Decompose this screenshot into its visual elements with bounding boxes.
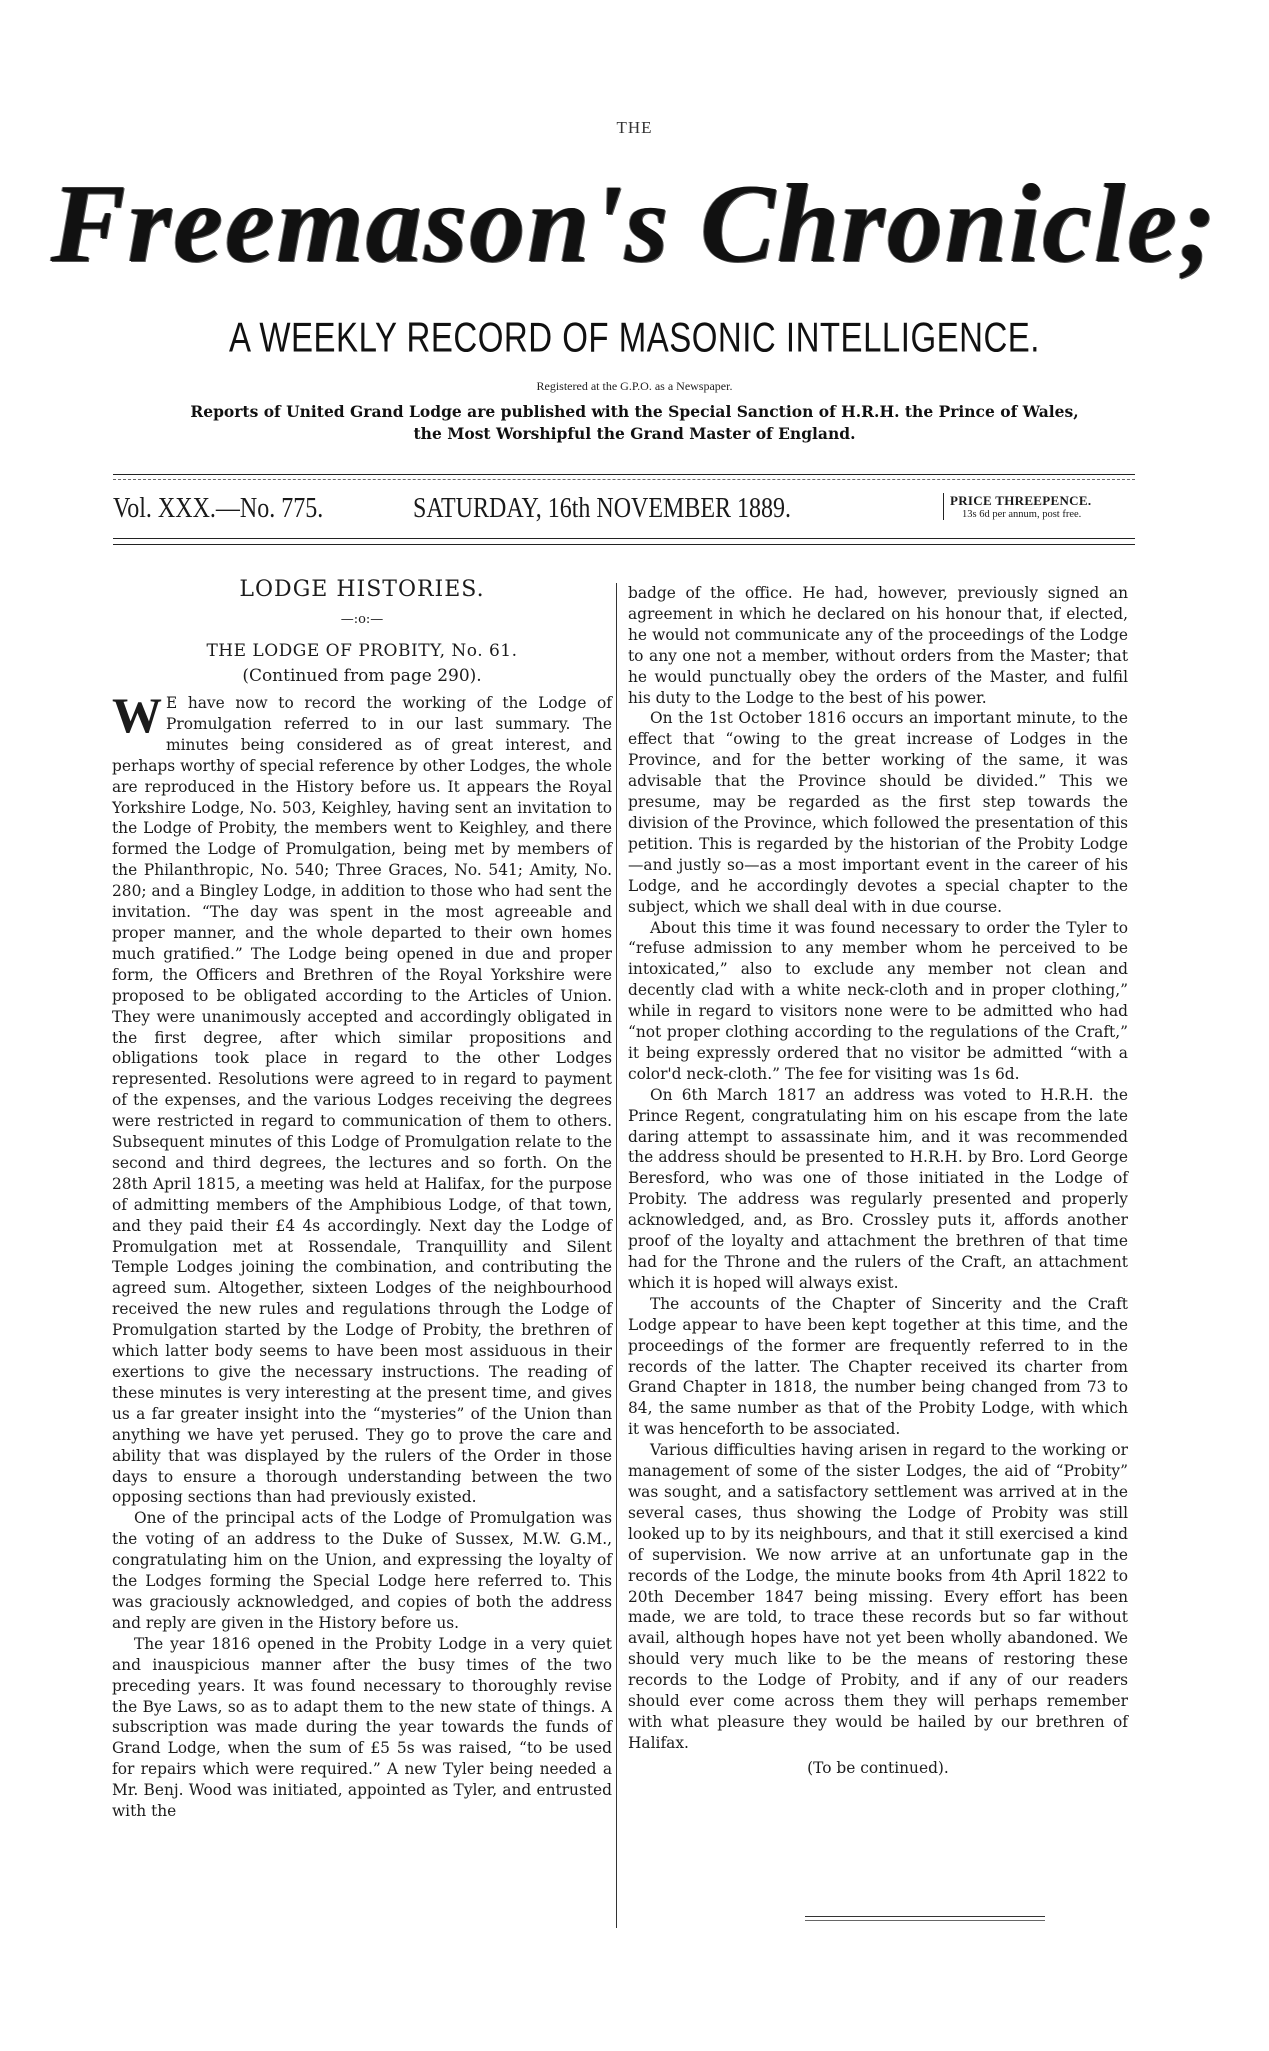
paragraph-text: E have now to record the working of the …	[112, 694, 612, 1506]
sanction-notice: Reports of United Grand Lodge are publis…	[100, 401, 1169, 445]
left-column: LODGE HISTORIES. —:o:— THE LODGE OF PROB…	[112, 575, 612, 1822]
price-label: PRICE THREEPENCE.	[950, 493, 1091, 509]
paragraph: On 6th March 1817 an address was voted t…	[628, 1085, 1128, 1294]
header-rule-bottom-secondary	[113, 544, 1135, 545]
header-rule-bottom	[113, 538, 1135, 539]
paragraph: One of the principal acts of the Lodge o…	[112, 1508, 612, 1633]
volume-number: Vol. XXX.—No. 775.	[113, 493, 323, 525]
masthead-subtitle: A WEEKLY RECORD OF MASONIC INTELLIGENCE.	[0, 314, 1269, 362]
price-box: PRICE THREEPENCE. 13s 6d per annum, post…	[943, 493, 1091, 520]
paragraph: Various difficulties having arisen in re…	[628, 1440, 1128, 1754]
paragraph: WE have now to record the working of the…	[112, 693, 612, 1508]
header-rule-top	[113, 474, 1135, 475]
section-title: LODGE HISTORIES.	[112, 575, 612, 605]
right-column: badge of the office. He had, however, pr…	[628, 583, 1128, 1779]
masthead-title: Freemason's Chronicle;	[0, 160, 1269, 300]
paragraph: badge of the office. He had, however, pr…	[628, 583, 1128, 708]
paragraph: The accounts of the Chapter of Sincerity…	[628, 1294, 1128, 1440]
article-subtitle: THE LODGE OF PROBITY, No. 61.	[112, 639, 612, 663]
issue-date: SATURDAY, 16th NOVEMBER 1889.	[413, 493, 791, 525]
dateline: Vol. XXX.—No. 775. SATURDAY, 16th NOVEMB…	[113, 493, 1135, 533]
sanction-line-1: Reports of United Grand Lodge are publis…	[100, 401, 1169, 423]
header-rule-top-secondary	[113, 479, 1135, 480]
to-be-continued: (To be continued).	[628, 1758, 1128, 1779]
sanction-line-2: the Most Worshipful the Grand Master of …	[100, 423, 1169, 445]
column-divider	[616, 583, 617, 1928]
drop-cap: W	[112, 695, 162, 735]
masthead-the-label: THE	[0, 118, 1269, 138]
paragraph: About this time it was found necessary t…	[628, 918, 1128, 1085]
registered-notice: Registered at the G.P.O. as a Newspaper.	[0, 379, 1269, 394]
section-separator: —:o:—	[112, 611, 612, 629]
masthead-title-text: Freemason's Chronicle;	[51, 162, 1218, 286]
continued-note: (Continued from page 290).	[112, 663, 612, 689]
paragraph: The year 1816 opened in the Probity Lodg…	[112, 1634, 612, 1822]
article-end-rule	[805, 1916, 1045, 1921]
paragraph: On the 1st October 1816 occurs an import…	[628, 708, 1128, 917]
subscription-label: 13s 6d per annum, post free.	[950, 509, 1091, 520]
